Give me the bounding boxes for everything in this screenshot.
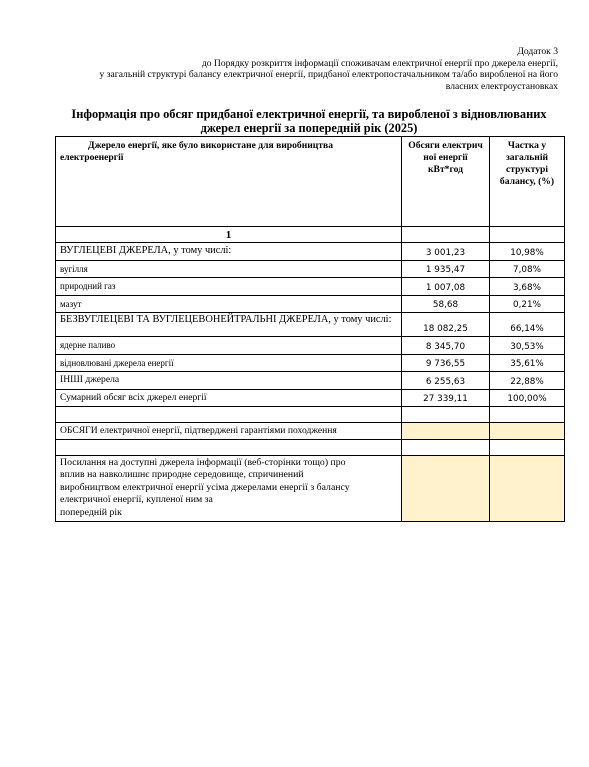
- annex-header: Додаток 3 до Порядку розкриття інформаці…: [18, 46, 558, 92]
- column-index: 1: [56, 227, 402, 243]
- row-label: вугілля: [56, 260, 402, 278]
- header-share: Частка у загальній структурі балансу, (%…: [490, 137, 565, 227]
- row-share: 3,68%: [490, 278, 565, 296]
- links-label-line: Посилання на доступні джерела інформації…: [60, 457, 397, 470]
- row-label: ВУГЛЕЦЕВІ ДЖЕРЕЛА, у тому числі:: [56, 243, 402, 261]
- annex-ref-line: у загальній структурі балансу електрично…: [18, 69, 558, 81]
- empty-cell: [402, 227, 490, 243]
- row-volume: 3 001,23: [402, 243, 490, 261]
- row-volume: 8 345,70: [402, 337, 490, 355]
- row-share: 7,08%: [490, 260, 565, 278]
- table-row: ІНШІ джерела 6 255,63 22,88%: [56, 372, 565, 390]
- empty-cell: [490, 407, 565, 423]
- row-label: відновлювані джерела енергії: [56, 354, 402, 372]
- total-volume: 27 339,11: [402, 389, 490, 407]
- row-label: Сумарний обсяг всіх джерел енергії: [56, 389, 402, 407]
- row-share: 30,53%: [490, 337, 565, 355]
- spacer-row: [56, 407, 565, 423]
- annex-number: Додаток 3: [18, 46, 558, 58]
- row-share: 0,21%: [490, 295, 565, 313]
- title-line: джерел енергії за попередній рік (2025): [55, 121, 563, 135]
- table-row: природний газ 1 007,08 3,68%: [56, 278, 565, 296]
- header-volume: Обсяги електрич ної енергії кВт*год: [402, 137, 490, 227]
- row-label: БЕЗВУГЛЕЦЕВІ ТА ВУГЛЕЦЕВОНЕЙТРАЛЬНІ ДЖЕР…: [56, 313, 402, 337]
- links-share-cell[interactable]: [490, 455, 565, 521]
- empty-cell: [490, 227, 565, 243]
- links-label: Посилання на доступні джерела інформації…: [56, 455, 402, 521]
- links-label-line: вплив на навколишнє природне середовище,…: [60, 469, 397, 482]
- annex-ref-line: власних електроустановках: [18, 81, 558, 93]
- row-share: 22,88%: [490, 372, 565, 390]
- links-volume-cell[interactable]: [402, 455, 490, 521]
- row-share: 35,61%: [490, 354, 565, 372]
- row-volume: 58,68: [402, 295, 490, 313]
- table-row: БЕЗВУГЛЕЦЕВІ ТА ВУГЛЕЦЕВОНЕЙТРАЛЬНІ ДЖЕР…: [56, 313, 565, 337]
- table-row: ВУГЛЕЦЕВІ ДЖЕРЕЛА, у тому числі: 3 001,2…: [56, 243, 565, 261]
- row-label: ядерне паливо: [56, 337, 402, 355]
- annex-ref-line: до Порядку розкриття інформації споживач…: [18, 58, 558, 70]
- energy-sources-table: Джерело енергії, яке було використане дл…: [55, 136, 565, 522]
- table-row: відновлювані джерела енергії 9 736,55 35…: [56, 354, 565, 372]
- document-title: Інформація про обсяг придбаної електричн…: [55, 107, 563, 135]
- row-share: 10,98%: [490, 243, 565, 261]
- header-source: Джерело енергії, яке було використане дл…: [56, 137, 402, 227]
- guarantees-label: ОБСЯГИ електричної енергії, підтверджені…: [56, 423, 402, 440]
- table-row: ядерне паливо 8 345,70 30,53%: [56, 337, 565, 355]
- links-label-line: виробництвом електричної енергії усіма д…: [60, 482, 397, 495]
- row-label: природний газ: [56, 278, 402, 296]
- title-line: Інформація про обсяг придбаної електричн…: [55, 107, 563, 121]
- guarantees-share-cell[interactable]: [490, 423, 565, 440]
- guarantees-row: ОБСЯГИ електричної енергії, підтверджені…: [56, 423, 565, 440]
- empty-cell: [490, 439, 565, 455]
- spacer-row: [56, 439, 565, 455]
- links-label-line: електричної енергії, купленої ним за: [60, 494, 397, 507]
- links-row: Посилання на доступні джерела інформації…: [56, 455, 565, 521]
- row-label: ІНШІ джерела: [56, 372, 402, 390]
- row-volume: 1 007,08: [402, 278, 490, 296]
- empty-cell: [402, 407, 490, 423]
- total-row: Сумарний обсяг всіх джерел енергії 27 33…: [56, 389, 565, 407]
- guarantees-volume-cell[interactable]: [402, 423, 490, 440]
- row-label: мазут: [56, 295, 402, 313]
- empty-cell: [56, 439, 402, 455]
- empty-cell: [56, 407, 402, 423]
- table-header-row: Джерело енергії, яке було використане дл…: [56, 137, 565, 227]
- row-share: 66,14%: [490, 313, 565, 337]
- empty-cell: [402, 439, 490, 455]
- table-row: мазут 58,68 0,21%: [56, 295, 565, 313]
- row-volume: 9 736,55: [402, 354, 490, 372]
- table-row: вугілля 1 935,47 7,08%: [56, 260, 565, 278]
- total-share: 100,00%: [490, 389, 565, 407]
- row-volume: 18 082,25: [402, 313, 490, 337]
- links-label-line: попередній рік: [60, 507, 397, 520]
- row-volume: 6 255,63: [402, 372, 490, 390]
- column-index-row: 1: [56, 227, 565, 243]
- row-volume: 1 935,47: [402, 260, 490, 278]
